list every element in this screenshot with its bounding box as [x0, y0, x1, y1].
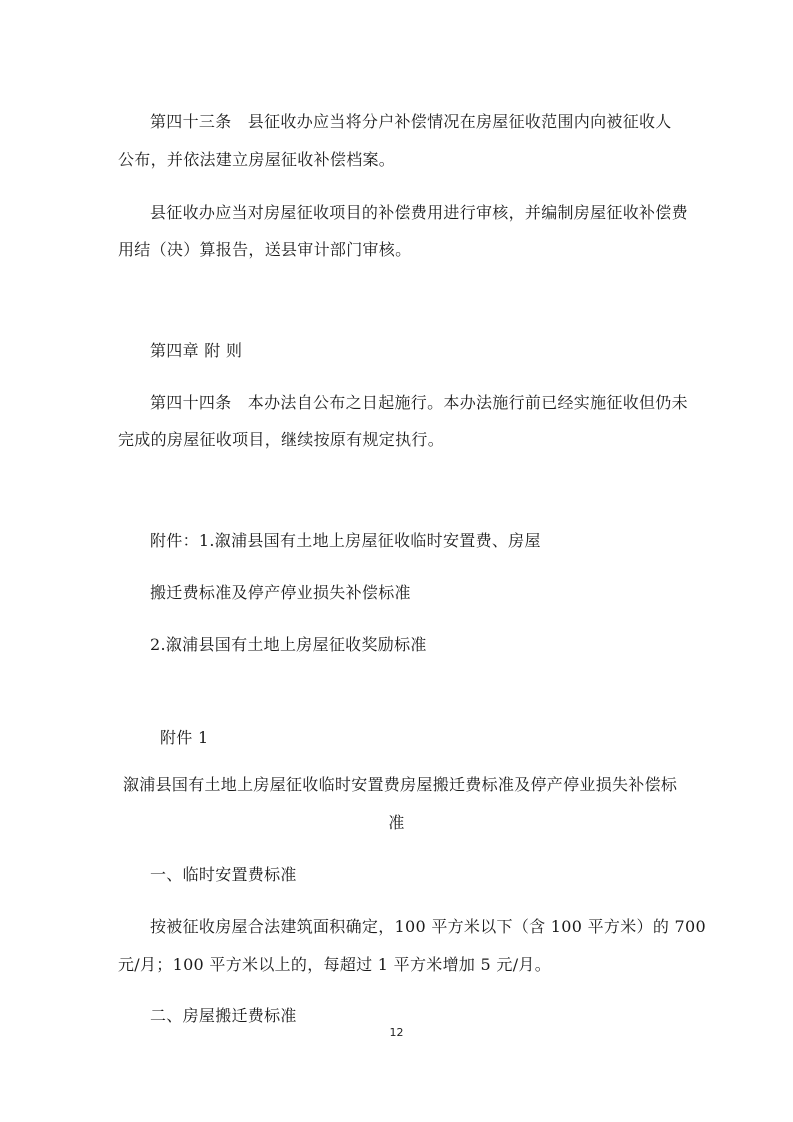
appendix-1-title-line-2: 准 [0, 813, 793, 833]
appendix-1-title-line-1: 溆浦县国有土地上房屋征收临时安置费房屋搬迁费标准及停产停业损失补偿标 [123, 775, 677, 795]
article-44-line-1: 第四十四条 本办法自公布之日起施行。本办法施行前已经实施征收但仍未 [150, 393, 688, 413]
article-44-line-2: 完成的房屋征收项目，继续按原有规定执行。 [118, 430, 444, 450]
section-2-heading: 二、房屋搬迁费标准 [150, 1006, 297, 1026]
section-1-line-2: 元/月；100 平方米以上的，每超过 1 平方米增加 5 元/月。 [118, 955, 551, 975]
attachments-line-3: 2.溆浦县国有土地上房屋征收奖励标准 [150, 635, 427, 655]
page-number: 12 [0, 1026, 793, 1039]
section-1-line-1: 按被征收房屋合法建筑面积确定，100 平方米以下（含 100 平方米）的 700 [150, 917, 706, 937]
audit-paragraph-line-1: 县征收办应当对房屋征收项目的补偿费用进行审核，并编制房屋征收补偿费 [150, 203, 688, 223]
article-43-line-2: 公布，并依法建立房屋征收补偿档案。 [118, 150, 395, 170]
audit-paragraph-line-2: 用结（决）算报告，送县审计部门审核。 [118, 240, 411, 260]
article-43-line-1: 第四十三条 县征收办应当将分户补偿情况在房屋征收范围内向被征收人 [150, 112, 672, 132]
attachments-line-1: 附件：1.溆浦县国有土地上房屋征收临时安置费、房屋 [150, 531, 541, 551]
chapter-4-title: 第四章 附 则 [150, 341, 242, 361]
appendix-1-label: 附件 1 [160, 728, 208, 748]
section-1-heading: 一、临时安置费标准 [150, 865, 297, 885]
attachments-line-2: 搬迁费标准及停产停业损失补偿标准 [150, 583, 411, 603]
